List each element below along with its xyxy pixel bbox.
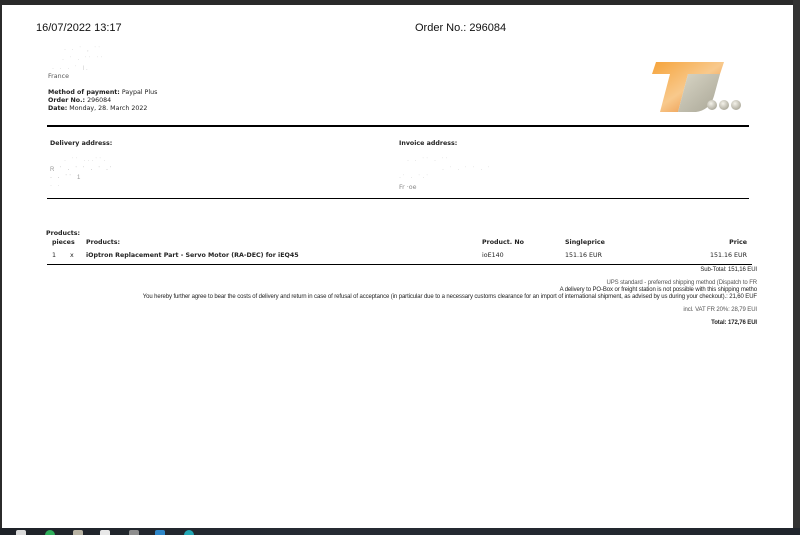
customer-country: France — [48, 73, 69, 80]
invoice-address-label: Invoice address: — [399, 140, 457, 147]
payment-method: Method of payment: Paypal Plus — [48, 89, 157, 96]
delivery-address-label: Delivery address: — [50, 140, 112, 147]
total: Total: 172,76 EUI — [711, 320, 757, 326]
redacted-address-line: · · ˙ , ˙˙ — [64, 47, 102, 53]
order-date-value: Monday, 28. March 2022 — [69, 105, 147, 112]
shipping-method: UPS standard - preferred shipping method… — [607, 280, 757, 286]
chat-icon[interactable] — [45, 530, 55, 535]
delivery-address-line: R ˙ · ˙ ˙ · ˙ ·˙ — [50, 167, 114, 173]
print-datetime: 16/07/2022 13:17 — [36, 22, 122, 34]
browser-icon[interactable] — [184, 530, 194, 535]
payment-method-value: Paypal Plus — [122, 89, 158, 96]
col-header-product-no: Product. No — [482, 239, 524, 246]
order-number: Order No.: 296084 — [48, 97, 111, 104]
invoice-address-country: Fr ·oe — [399, 184, 416, 191]
company-logo — [648, 60, 754, 115]
address-divider — [47, 198, 749, 199]
col-header-pieces: pieces — [52, 239, 75, 246]
file-icon[interactable] — [16, 530, 26, 535]
document-icon[interactable] — [100, 530, 110, 535]
folder-icon[interactable] — [73, 530, 83, 535]
products-divider — [47, 264, 752, 265]
delivery-address-line: · ˙˙ ···˙˙· — [64, 158, 107, 164]
taskbar — [0, 528, 800, 535]
invoice-page: 16/07/2022 13:17 Order No.: 296084 · · ˙… — [2, 5, 793, 528]
shipping-terms: You hereby further agree to bear the cos… — [143, 294, 757, 300]
col-header-price: Price — [702, 239, 747, 246]
vertical-scrollbar[interactable] — [793, 0, 800, 528]
row-price: 151.16 EUR — [692, 252, 747, 259]
col-header-product: Products: — [86, 239, 120, 246]
invoice-address-line: · · ˙˙ · ˙˙ — [407, 158, 450, 164]
row-qty: 1 — [52, 252, 56, 259]
order-date: Date: Monday, 28. March 2022 — [48, 105, 147, 112]
redacted-address-line: · · · ˙ l. — [52, 66, 90, 72]
row-product-no: ioE140 — [482, 252, 504, 259]
header-divider — [47, 125, 749, 127]
delivery-address-line: · · — [50, 183, 62, 189]
shipping-note: A delivery to PO-Box or freight station … — [560, 287, 757, 293]
invoice-address-line: ·˙ · ˙·˙ — [399, 175, 430, 181]
delivery-address-line: · · ˙˙ 1 — [50, 175, 82, 181]
order-number-value: 296084 — [87, 97, 111, 104]
mail-icon[interactable] — [155, 530, 165, 535]
order-heading: Order No.: 296084 — [415, 22, 506, 34]
products-section-label: Products: — [46, 230, 80, 237]
redacted-address-line: · ˙ · ˙˙ ˙˙ — [62, 57, 105, 63]
order-date-label: Date: — [48, 105, 67, 112]
row-singleprice: 151.16 EUR — [565, 252, 602, 259]
subtotal: Sub-Total: 151,16 EUI — [700, 267, 757, 273]
settings-icon[interactable] — [129, 530, 139, 535]
col-header-singleprice: Singleprice — [565, 239, 605, 246]
payment-method-label: Method of payment: — [48, 89, 120, 96]
vat-line: incl. VAT FR 20%: 28,79 EUI — [683, 307, 757, 313]
row-product-name: iOptron Replacement Part - Servo Motor (… — [86, 252, 299, 259]
order-number-label: Order No.: — [48, 97, 85, 104]
row-times: x — [70, 252, 74, 259]
invoice-address-line: · ˙ · ˙ ˙ · ˙ — [442, 167, 492, 173]
